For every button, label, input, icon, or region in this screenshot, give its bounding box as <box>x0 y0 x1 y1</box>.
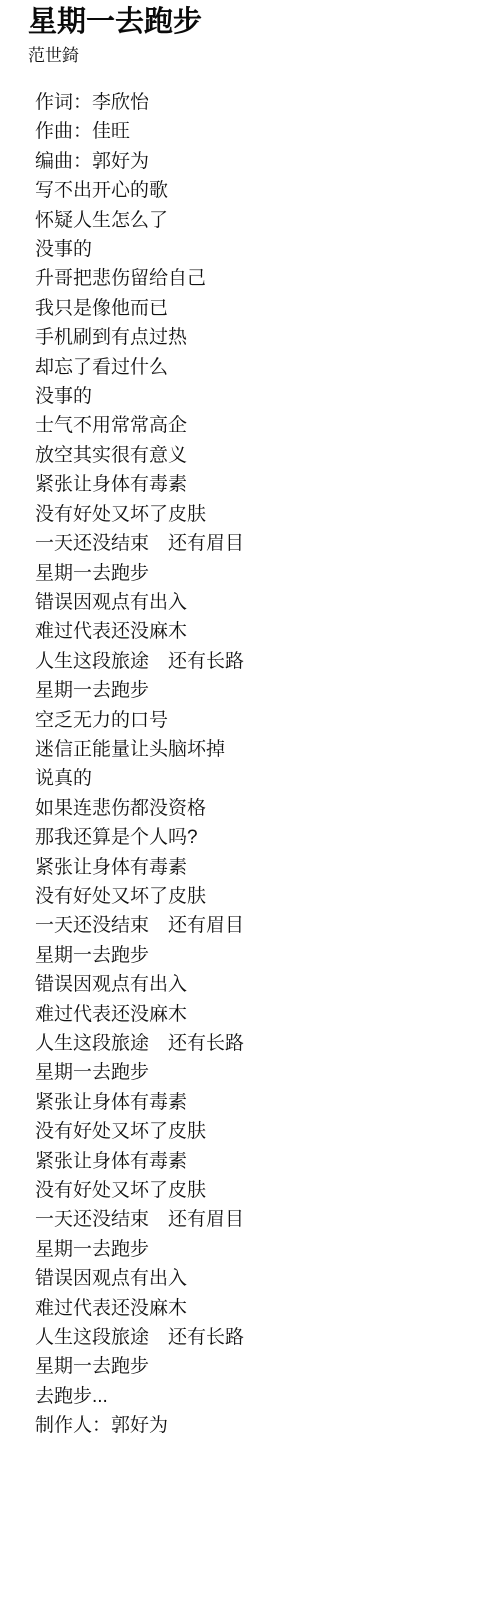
lyric-line: 说真的 <box>35 764 480 793</box>
lyric-line: 制作人：郭好为 <box>35 1411 480 1440</box>
lyric-line: 星期一去跑步 <box>35 1058 480 1087</box>
lyric-line: 去跑步... <box>35 1382 480 1411</box>
lyric-line: 没有好处又坏了皮肤 <box>35 500 480 529</box>
lyric-line: 写不出开心的歌 <box>35 176 480 205</box>
lyric-line: 难过代表还没麻木 <box>35 617 480 646</box>
lyric-line: 错误因观点有出入 <box>35 588 480 617</box>
lyric-line: 星期一去跑步 <box>35 1235 480 1264</box>
lyric-line: 怀疑人生怎么了 <box>35 206 480 235</box>
lyric-line: 那我还算是个人吗? <box>35 823 480 852</box>
artist-name: 范世錡 <box>28 44 480 67</box>
lyric-line: 难过代表还没麻木 <box>35 1294 480 1323</box>
song-title: 星期一去跑步 <box>28 4 480 41</box>
lyric-line: 紧张让身体有毒素 <box>35 1088 480 1117</box>
lyric-line: 升哥把悲伤留给自己 <box>35 264 480 293</box>
lyric-line: 作曲：佳旺 <box>35 117 480 146</box>
lyric-line: 紧张让身体有毒素 <box>35 1147 480 1176</box>
lyric-line: 却忘了看过什么 <box>35 353 480 382</box>
lyric-line: 错误因观点有出入 <box>35 1264 480 1293</box>
lyric-line: 人生这段旅途 还有长路 <box>35 1323 480 1352</box>
lyric-line: 作词：李欣怡 <box>35 88 480 117</box>
lyric-line: 一天还没结束 还有眉目 <box>35 529 480 558</box>
lyric-line: 手机刷到有点过热 <box>35 323 480 352</box>
lyric-line: 没事的 <box>35 382 480 411</box>
lyric-line: 错误因观点有出入 <box>35 970 480 999</box>
lyric-line: 没事的 <box>35 235 480 264</box>
lyric-line: 迷信正能量让头脑坏掉 <box>35 735 480 764</box>
lyric-line: 没有好处又坏了皮肤 <box>35 1176 480 1205</box>
lyric-line: 紧张让身体有毒素 <box>35 470 480 499</box>
lyric-line: 星期一去跑步 <box>35 941 480 970</box>
lyric-line: 一天还没结束 还有眉目 <box>35 1205 480 1234</box>
lyrics-body: 作词：李欣怡作曲：佳旺编曲：郭好为写不出开心的歌怀疑人生怎么了没事的升哥把悲伤留… <box>28 88 480 1441</box>
lyric-line: 放空其实很有意义 <box>35 441 480 470</box>
lyric-line: 士气不用常常高企 <box>35 411 480 440</box>
lyric-line: 没有好处又坏了皮肤 <box>35 882 480 911</box>
lyric-line: 我只是像他而已 <box>35 294 480 323</box>
lyric-line: 没有好处又坏了皮肤 <box>35 1117 480 1146</box>
lyric-line: 编曲：郭好为 <box>35 147 480 176</box>
lyric-line: 紧张让身体有毒素 <box>35 853 480 882</box>
lyric-line: 人生这段旅途 还有长路 <box>35 647 480 676</box>
lyric-line: 星期一去跑步 <box>35 1352 480 1381</box>
lyric-line: 空乏无力的口号 <box>35 706 480 735</box>
lyric-line: 难过代表还没麻木 <box>35 1000 480 1029</box>
lyric-line: 星期一去跑步 <box>35 559 480 588</box>
lyric-line: 人生这段旅途 还有长路 <box>35 1029 480 1058</box>
lyric-line: 一天还没结束 还有眉目 <box>35 911 480 940</box>
lyrics-page: 星期一去跑步 范世錡 作词：李欣怡作曲：佳旺编曲：郭好为写不出开心的歌怀疑人生怎… <box>0 0 500 1441</box>
lyric-line: 如果连悲伤都没资格 <box>35 794 480 823</box>
lyric-line: 星期一去跑步 <box>35 676 480 705</box>
